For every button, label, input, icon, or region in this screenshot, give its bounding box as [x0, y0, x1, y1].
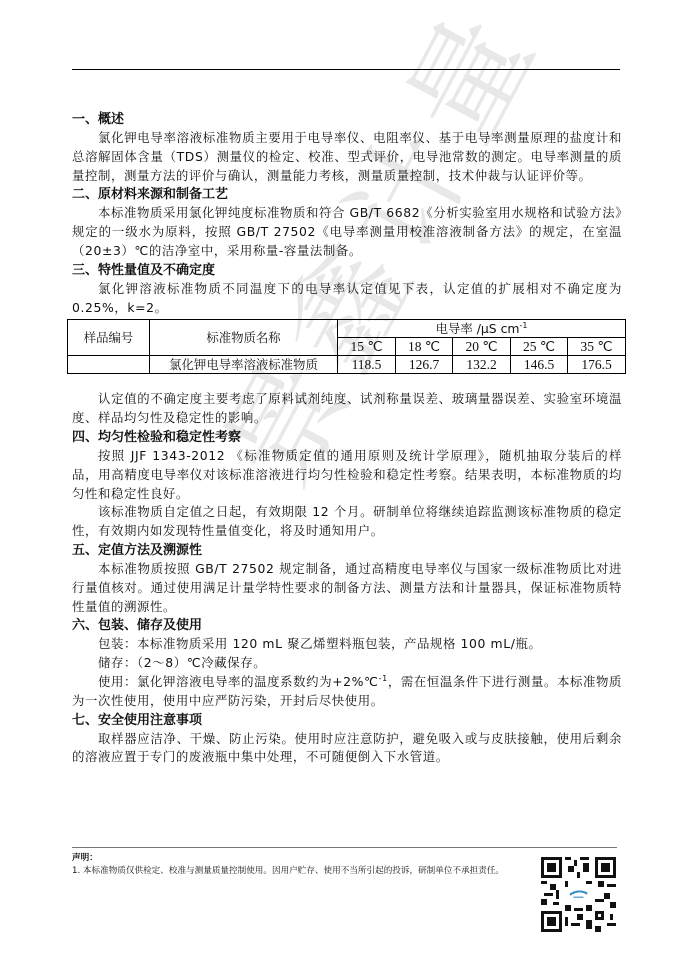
unit-exponent: -1: [519, 321, 527, 330]
table-header-row: 样品编号 标准物质名称 电导率 /μS cm-1: [68, 320, 626, 338]
table-cell-value: 176.5: [568, 356, 626, 374]
disclaimer-item: 1. 本标准物质仅供检定、校准与测量质量控制使用。因用户贮存、使用不当所引起的投…: [72, 865, 532, 878]
table-header-conductivity: 电导率 /μS cm-1: [338, 320, 626, 338]
usage-text-prefix: 使用：氯化钾溶液电导率的温度系数约为+2%℃: [98, 674, 379, 689]
qr-code-icon: [541, 857, 616, 932]
conductivity-unit-label: 电导率 /μS cm: [436, 321, 520, 336]
section-paragraph: 取样器应洁净、干燥、防止污染。使用时应注意防护，避免吸入或与皮肤接触，使用后剩余…: [72, 730, 622, 768]
document-body: 一、概述 氯化钾电导率溶液标准物质主要用于电导率仪、电阻率仪、基于电导率测量原理…: [72, 110, 622, 767]
table-header-temp: 20 ℃: [453, 338, 511, 356]
usage-paragraph: 使用：氯化钾溶液电导率的温度系数约为+2%℃-1，需在恒温条件下进行测量。本标准…: [72, 673, 622, 711]
section-heading-overview: 一、概述: [72, 110, 622, 129]
section-paragraph: 按照 JJF 1343-2012 《标准物质定值的通用原则及统计学原理》，随机抽…: [72, 447, 622, 503]
header-rule: [72, 69, 620, 70]
section-paragraph: 氯化钾电导率溶液标准物质主要用于电导率仪、电阻率仪、基于电导率测量原理的盐度计和…: [72, 129, 622, 185]
table-cell-sample-id: [68, 356, 150, 374]
section-heading-property-values: 三、特性量值及不确定度: [72, 261, 622, 280]
section-paragraph: 本标准物质按照 GB/T 27502 规定制备，通过高精度电导率仪与国家一级标准…: [72, 560, 622, 616]
table-cell-value: 118.5: [338, 356, 396, 374]
section-heading-packaging-storage: 六、包装、储存及使用: [72, 616, 622, 635]
disclaimer: 声明： 1. 本标准物质仅供检定、校准与测量质量控制使用。因用户贮存、使用不当所…: [72, 852, 532, 878]
table-header-temp: 18 ℃: [396, 338, 453, 356]
table-header-temp: 25 ℃: [511, 338, 568, 356]
footer-rule: [72, 847, 617, 848]
table-header-sample-id: 样品编号: [68, 320, 150, 356]
table-cell-value: 146.5: [511, 356, 568, 374]
table-cell-name: 氯化钾电导率溶液标准物质: [150, 356, 338, 374]
section-heading-homogeneity-stability: 四、均匀性检验和稳定性考察: [72, 428, 622, 447]
table-cell-value: 126.7: [396, 356, 453, 374]
section-heading-materials: 二、原材料来源和制备工艺: [72, 185, 622, 204]
storage-paragraph: 储存：（2～8）℃冷藏保存。: [72, 654, 622, 673]
section-paragraph: 氯化钾溶液标准物质不同温度下的电导率认定值见下表，认定值的扩展相对不确定度为 0…: [72, 280, 622, 318]
table-header-name: 标准物质名称: [150, 320, 338, 356]
section-paragraph: 该标准物质自定值之日起，有效期限 12 个月。研制单位将继续追踪监测该标准物质的…: [72, 503, 622, 541]
table-header-temp: 35 ℃: [568, 338, 626, 356]
table-header-temp: 15 ℃: [338, 338, 396, 356]
section-paragraph: 本标准物质采用氯化钾纯度标准物质和符合 GB/T 6682《分析实验室用水规格和…: [72, 204, 622, 260]
section-heading-traceability: 五、定值方法及溯源性: [72, 541, 622, 560]
table-row: 氯化钾电导率溶液标准物质 118.5 126.7 132.2 146.5 176…: [68, 356, 626, 374]
section-paragraph: 认定值的不确定度主要考虑了原料试剂纯度、试剂称量误差、玻璃量器误差、实验室环境温…: [72, 390, 622, 428]
usage-exponent: -1: [379, 674, 388, 683]
disclaimer-title: 声明：: [72, 852, 532, 865]
section-heading-safety: 七、安全使用注意事项: [72, 711, 622, 730]
table-cell-value: 132.2: [453, 356, 511, 374]
packaging-paragraph: 包装：本标准物质采用 120 mL 聚乙烯塑料瓶包装，产品规格 100 mL/瓶…: [72, 635, 622, 654]
spacer: [72, 374, 622, 390]
certified-values-table: 样品编号 标准物质名称 电导率 /μS cm-1 15 ℃ 18 ℃ 20 ℃ …: [67, 319, 626, 374]
